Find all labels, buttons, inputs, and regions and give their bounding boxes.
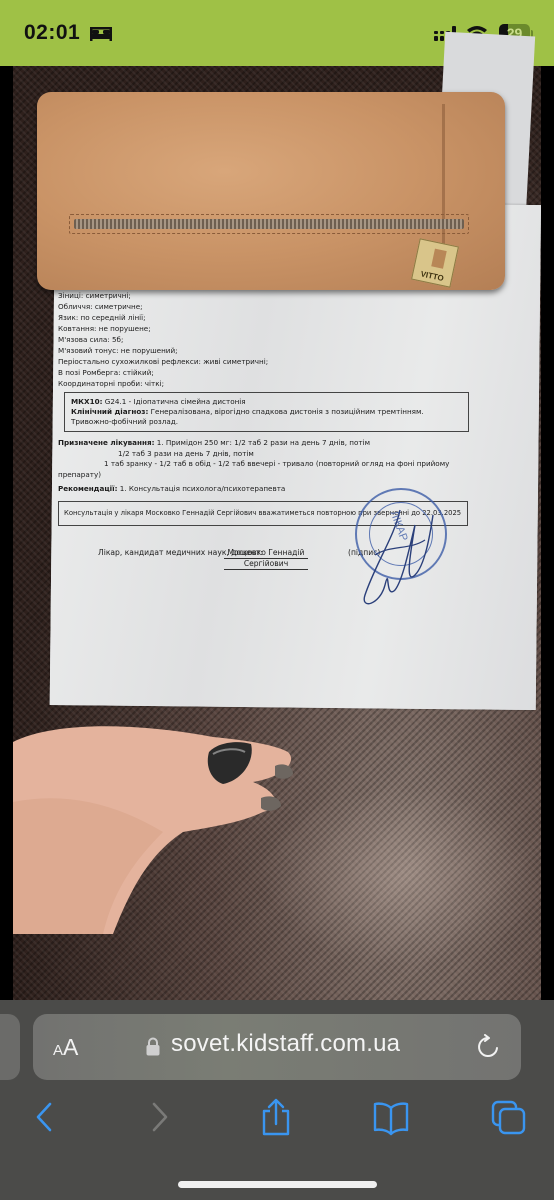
text-size-button[interactable]: AA — [53, 1034, 78, 1061]
icd-label: МКХ10: — [71, 397, 102, 406]
clinical-label: Клінічний діагноз: — [71, 407, 148, 416]
safari-bottom-bar: AA sovet.kidstaff.com.ua — [0, 1000, 554, 1200]
signature-row: Лікар, кандидат медичних наук, доцент: М… — [58, 548, 528, 588]
zipper-pull-tag: VITTO — [411, 238, 459, 287]
address-bar[interactable]: AA sovet.kidstaff.com.ua — [33, 1014, 521, 1080]
leather-wallet: VITTO — [37, 92, 505, 290]
doc-line: Періостально сухожилкові рефлекси: живі … — [58, 357, 528, 368]
diagnosis-box: МКХ10: G24.1 - Ідіопатична сімейна дисто… — [64, 392, 469, 432]
tabs-button[interactable] — [491, 1098, 527, 1138]
recommendations-label: Рекомендації: — [58, 484, 117, 493]
status-time: 02:01 — [24, 21, 80, 45]
share-button[interactable] — [258, 1098, 294, 1138]
handwritten-signature — [355, 505, 435, 615]
doc-line: М'язовий тонус: не порушений; — [58, 346, 528, 357]
recommendations: Рекомендації: 1. Консультація психолога/… — [58, 484, 528, 495]
treatment-line: препарату) — [58, 470, 528, 481]
doc-line: Зіниці: симетричні; — [58, 291, 528, 302]
doctor-name: Московко Геннадій Сергійович — [224, 548, 308, 570]
doc-line: Обличчя: симетричне; — [58, 302, 528, 313]
treatment-label: Призначене лікування: — [58, 438, 154, 447]
treatment-line: 1/2 таб 3 рази на день 7 днів, потім — [58, 449, 528, 460]
bed-icon — [89, 25, 113, 41]
previous-tab-preview[interactable] — [0, 1014, 20, 1080]
treatment-line: 1 таб зранку - 1/2 таб в обід - 1/2 таб … — [58, 459, 528, 470]
doc-line: В позі Ромберга: стійкий; — [58, 368, 528, 379]
recommendations-value: 1. Консультація психолога/психотерапевта — [120, 484, 286, 493]
doc-line: Ковтання: не порушене; — [58, 324, 528, 335]
home-indicator[interactable] — [178, 1181, 377, 1188]
lock-icon — [146, 1037, 160, 1056]
bookmarks-button[interactable] — [373, 1098, 409, 1138]
hand — [13, 682, 313, 934]
doc-line: М'язова сила: 5б; — [58, 335, 528, 346]
wallet-zipper — [69, 214, 469, 234]
doc-line: Координаторні проби: чіткі; — [58, 379, 528, 390]
treatment-line: 1. Примідон 250 мг: 1/2 таб 2 рази на де… — [157, 438, 370, 447]
back-button[interactable] — [28, 1098, 64, 1138]
doc-line: Язик: по середній лінії; — [58, 313, 528, 324]
url-text[interactable]: sovet.kidstaff.com.ua — [171, 1030, 400, 1058]
icd-value: G24.1 - Ідіопатична сімейна дистонія — [105, 397, 246, 406]
reload-icon[interactable] — [476, 1034, 500, 1060]
forward-button[interactable] — [144, 1098, 180, 1138]
treatment-section: Призначене лікування: 1. Примідон 250 мг… — [58, 438, 528, 482]
